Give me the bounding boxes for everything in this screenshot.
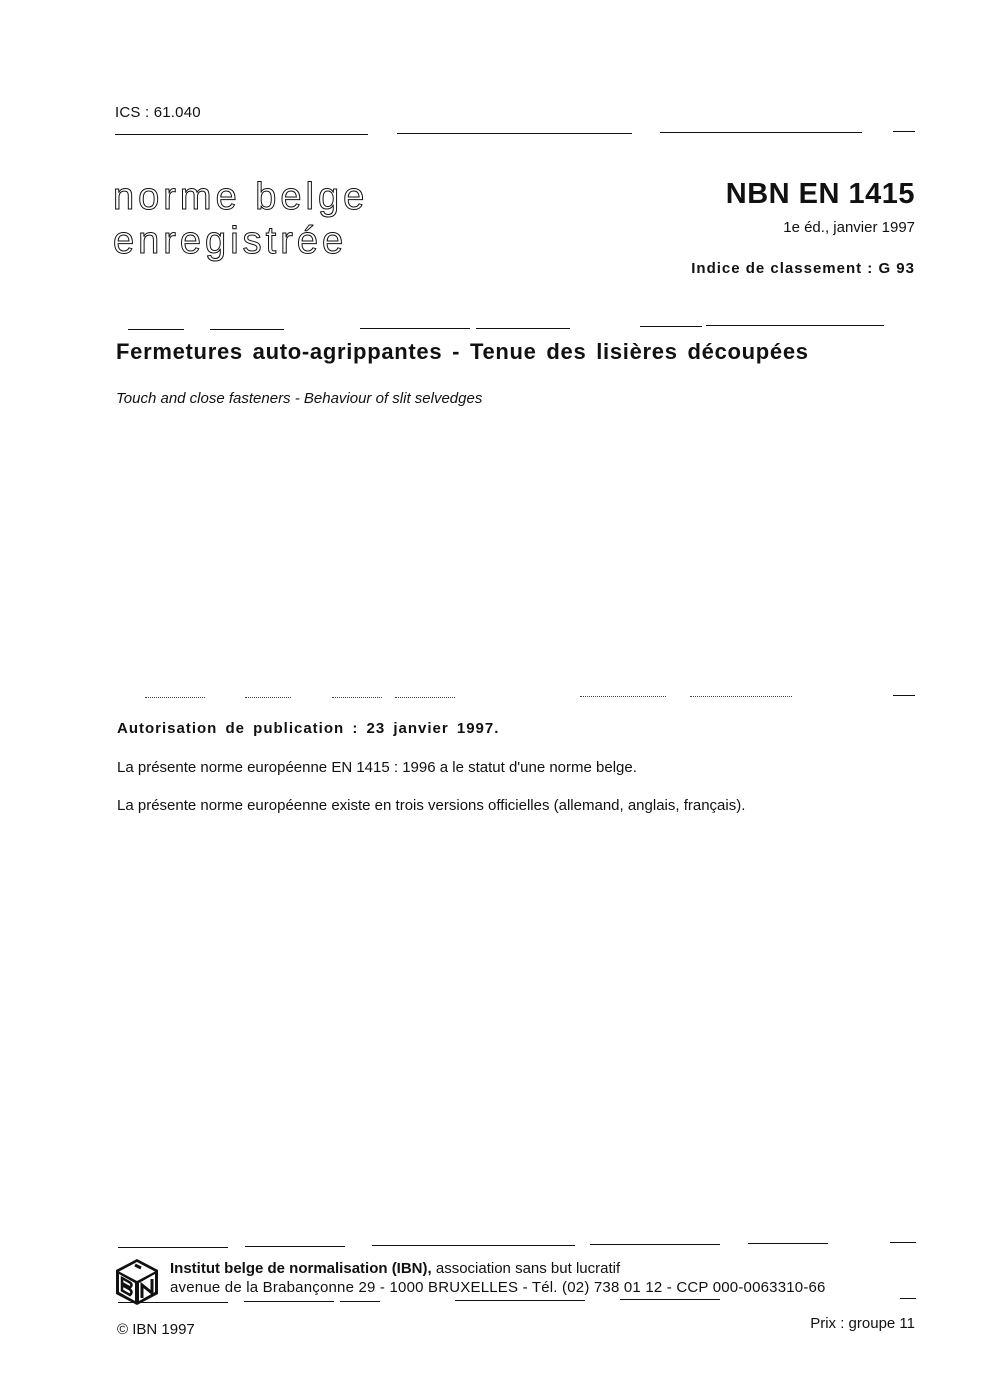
brand-title: norme belge enregistrée xyxy=(113,175,368,263)
divider xyxy=(620,1299,720,1300)
institute-description: association sans but lucratif xyxy=(432,1260,620,1277)
document-title-french: Fermetures auto-agrippantes - Tenue des … xyxy=(116,339,809,365)
edition: 1e éd., janvier 1997 xyxy=(783,219,915,236)
divider xyxy=(395,697,455,698)
divider xyxy=(893,131,915,132)
divider xyxy=(128,329,184,330)
divider xyxy=(455,1300,585,1301)
institute-line: Institut belge de normalisation (IBN), a… xyxy=(170,1260,620,1277)
institute-name: Institut belge de normalisation (IBN), xyxy=(170,1260,432,1277)
classification-index: Indice de classement : G 93 xyxy=(691,260,915,277)
divider xyxy=(245,1246,345,1247)
divider xyxy=(476,328,570,329)
divider xyxy=(893,695,915,696)
versions-paragraph: La présente norme européenne existe en t… xyxy=(117,797,745,814)
ibn-logo-icon xyxy=(115,1258,159,1306)
copyright: © IBN 1997 xyxy=(117,1321,195,1338)
standard-number: NBN EN 1415 xyxy=(726,178,915,211)
divider xyxy=(640,326,702,327)
divider xyxy=(245,697,291,698)
divider xyxy=(118,1247,228,1248)
ics-code: ICS : 61.040 xyxy=(115,104,201,121)
divider xyxy=(340,1301,380,1302)
divider xyxy=(115,134,368,135)
divider xyxy=(145,697,205,698)
divider xyxy=(890,1242,916,1243)
status-paragraph: La présente norme européenne EN 1415 : 1… xyxy=(117,759,637,776)
divider xyxy=(706,325,884,326)
divider xyxy=(580,696,666,697)
divider xyxy=(590,1244,720,1245)
divider xyxy=(660,132,862,133)
divider xyxy=(360,328,470,329)
divider xyxy=(244,1301,334,1302)
divider xyxy=(748,1243,828,1244)
divider xyxy=(397,133,632,134)
divider xyxy=(900,1298,916,1299)
document-title-english: Touch and close fasteners - Behaviour of… xyxy=(116,390,482,407)
brand-line-2: enregistrée xyxy=(113,219,368,263)
divider xyxy=(690,696,792,697)
institute-address: avenue de la Brabançonne 29 - 1000 BRUXE… xyxy=(170,1279,826,1296)
divider xyxy=(210,329,284,330)
divider xyxy=(332,697,382,698)
divider xyxy=(372,1245,575,1246)
brand-line-1: norme belge xyxy=(113,175,368,219)
price-group: Prix : groupe 11 xyxy=(810,1315,915,1332)
publication-authorization: Autorisation de publication : 23 janvier… xyxy=(117,720,499,737)
